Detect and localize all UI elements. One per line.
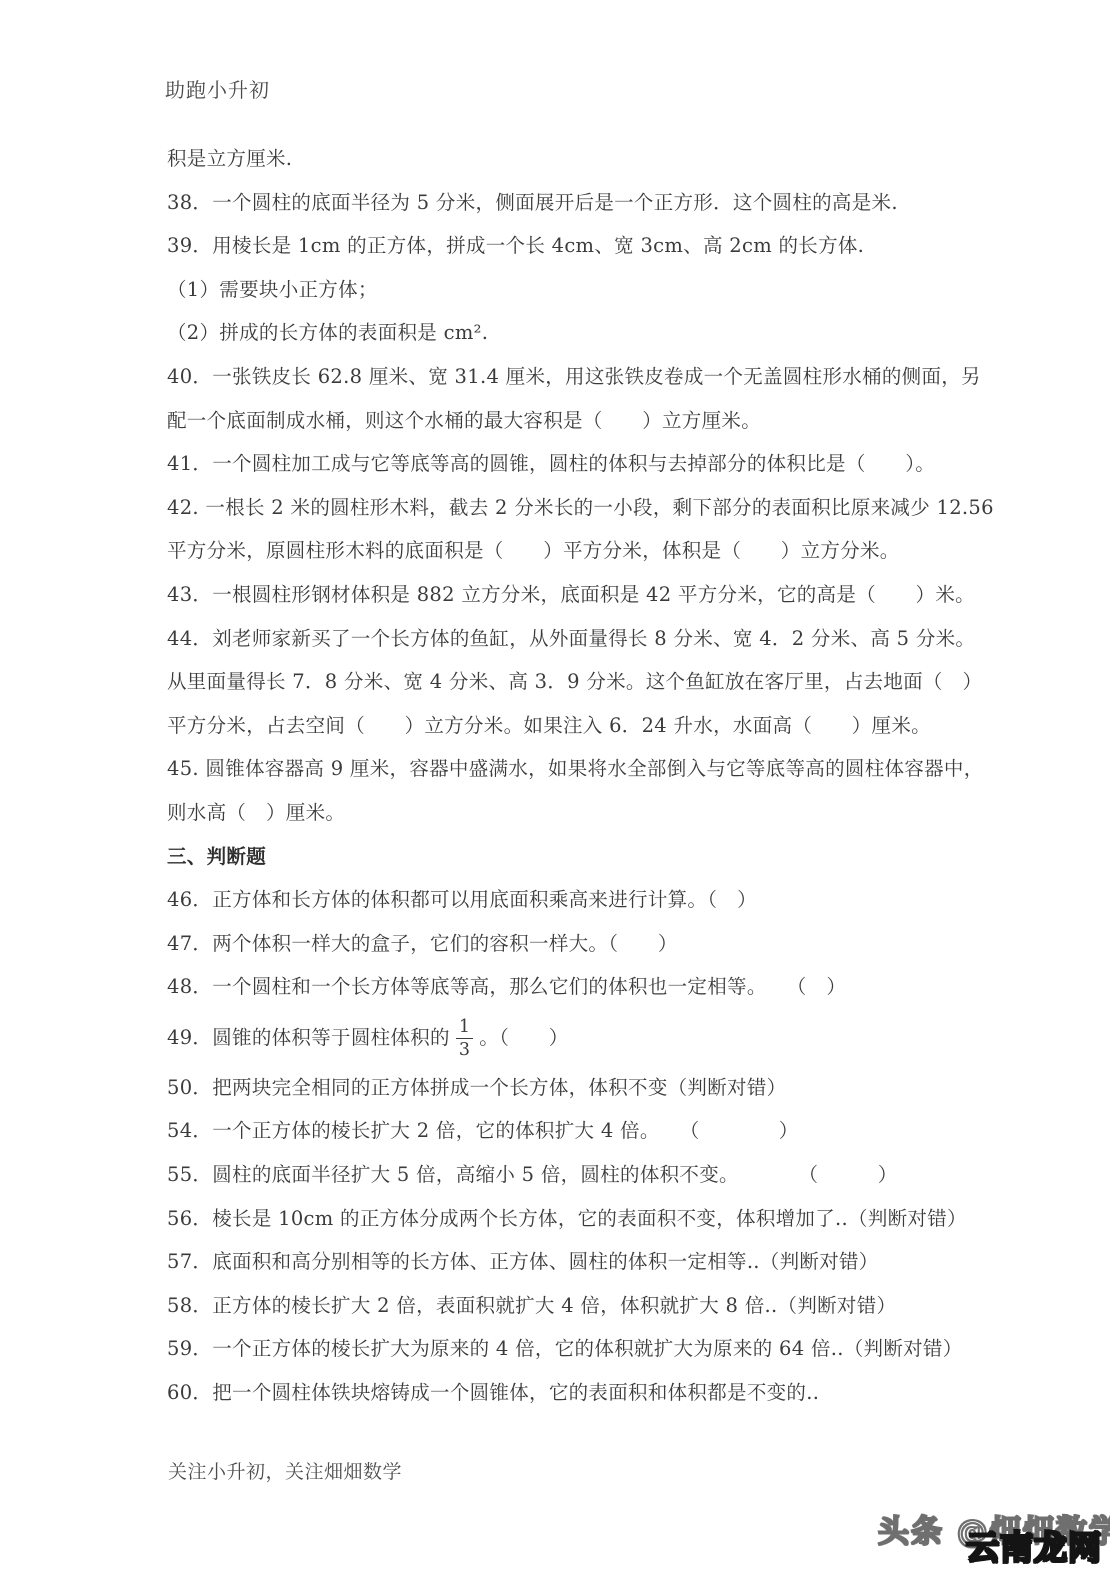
- question-60: 60．把一个圆柱体铁块熔铸成一个圆锥体，它的表面积和体积都是不变的..: [167, 1371, 977, 1415]
- fraction-denominator: 3: [456, 1039, 473, 1060]
- question-50: 50．把两块完全相同的正方体拼成一个长方体，体积不变（判断对错）: [167, 1066, 977, 1110]
- question-58: 58．正方体的棱长扩大 2 倍，表面积就扩大 4 倍，体积就扩大 8 倍..（判…: [167, 1284, 977, 1328]
- question-40-line2: 配一个底面制成水桶，则这个水桶的最大容积是（ ）立方厘米。: [167, 399, 977, 443]
- watermark-overlay: 云南龙网: [966, 1522, 1102, 1569]
- question-39-sub1: （1）需要块小正方体；: [167, 268, 977, 312]
- question-42-line2: 平方分米，原圆柱形木料的底面积是（ ）平方分米，体积是（ ）立方分米。: [167, 529, 977, 573]
- page-header: 助跑小升初: [165, 74, 270, 103]
- question-49: 49．圆锥的体积等于圆柱体积的13。（ ）: [167, 1009, 977, 1066]
- fraction-numerator: 1: [456, 1017, 473, 1039]
- question-54: 54．一个正方体的棱长扩大 2 倍，它的体积扩大 4 倍。 （ ）: [167, 1109, 977, 1153]
- question-59: 59．一个正方体的棱长扩大为原来的 4 倍，它的体积就扩大为原来的 64 倍..…: [167, 1327, 977, 1371]
- section-heading-judgement: 三、判断题: [167, 835, 977, 879]
- question-38: 38．一个圆柱的底面半径为 5 分米，侧面展开后是一个正方形．这个圆柱的高是米.: [167, 181, 977, 225]
- page-footer: 关注小升初，关注畑畑数学: [168, 1457, 402, 1484]
- question-46: 46．正方体和长方体的体积都可以用底面积乘高来进行计算。（ ）: [167, 878, 977, 922]
- question-48: 48．一个圆柱和一个长方体等底等高，那么它们的体积也一定相等。 （ ）: [167, 965, 977, 1009]
- question-42-line1: 42. 一根长 2 米的圆柱形木料，截去 2 分米长的一小段，剩下部分的表面积比…: [167, 486, 977, 530]
- question-57: 57．底面积和高分别相等的长方体、正方体、圆柱的体积一定相等..（判断对错）: [167, 1240, 977, 1284]
- question-40-line1: 40．一张铁皮长 62.8 厘米、宽 31.4 厘米，用这张铁皮卷成一个无盖圆柱…: [167, 355, 977, 399]
- question-44-line1: 44．刘老师家新买了一个长方体的鱼缸，从外面量得长 8 分米、宽 4．2 分米、…: [167, 617, 977, 661]
- question-41: 41．一个圆柱加工成与它等底等高的圆锥，圆柱的体积与去掉部分的体积比是（ ）。: [167, 442, 977, 486]
- watermark-overlay-part1: 云南: [966, 1528, 1034, 1567]
- question-39: 39．用棱长是 1cm 的正方体，拼成一个长 4cm、宽 3cm、高 2cm 的…: [167, 224, 977, 268]
- question-39-sub2: （2）拼成的长方体的表面积是 cm².: [167, 311, 977, 355]
- worksheet-content: 积是立方厘米. 38．一个圆柱的底面半径为 5 分米，侧面展开后是一个正方形．这…: [167, 137, 977, 1415]
- question-45-line1: 45. 圆锥体容器高 9 厘米，容器中盛满水，如果将水全部倒入与它等底等高的圆柱…: [167, 747, 977, 791]
- question-56: 56．棱长是 10cm 的正方体分成两个长方体，它的表面积不变，体积增加了..（…: [167, 1197, 977, 1241]
- question-55: 55．圆柱的底面半径扩大 5 倍，高缩小 5 倍，圆柱的体积不变。 （ ）: [167, 1153, 977, 1197]
- question-49-pre: 49．圆锥的体积等于圆柱体积的: [167, 1026, 450, 1049]
- fraction-one-third: 13: [456, 1017, 473, 1060]
- question-47: 47．两个体积一样大的盒子，它们的容积一样大。（ ）: [167, 922, 977, 966]
- question-44-line2: 从里面量得长 7．8 分米、宽 4 分米、高 3．9 分米。这个鱼缸放在客厅里，…: [167, 660, 977, 704]
- question-44-line3: 平方分米，占去空间（ ）立方分米。如果注入 6．24 升水，水面高（ ）厘米。: [167, 704, 977, 748]
- question-43: 43．一根圆柱形钢材体积是 882 立方分米，底面积是 42 平方分米，它的高是…: [167, 573, 977, 617]
- watermark-overlay-part2: 龙网: [1034, 1528, 1102, 1567]
- question-45-line2: 则水高（ ）厘米。: [167, 791, 977, 835]
- text-line-intro: 积是立方厘米.: [167, 137, 977, 181]
- question-49-post: 。（ ）: [479, 1026, 568, 1049]
